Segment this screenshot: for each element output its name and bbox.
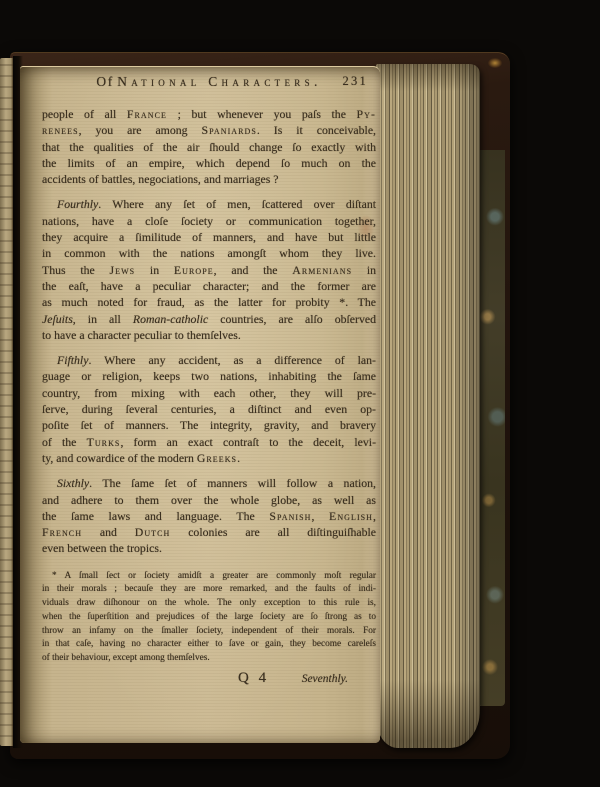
text-line: people of all France ; but whenever you … [42,106,376,122]
text-line: in their morals ; becauſe they are more … [42,583,376,597]
body-paragraph: Sixthly. The ſame ſet of manners will fo… [42,475,376,556]
text-line: guage or religion, keeps two nations, in… [42,368,376,384]
text-line: when the ſuperſtition and prejudices of … [42,611,376,625]
text-line: the ſame laws and language. The Spanish,… [42,508,376,524]
text-line: poſite ſet of manners. The integrity, gr… [42,417,376,433]
leather-corner-glint [488,58,502,68]
body-paragraph: people of all France ; but whenever you … [42,106,376,187]
text-line: in common with the nations amongſt whom … [42,245,376,261]
fore-edge-page-stack [376,64,480,748]
text-column: Of National Characters. 231 people of al… [42,74,376,687]
text-line: of the Turks, form an exact contraſt to … [42,434,376,450]
book-page: Of National Characters. 231 people of al… [20,66,380,743]
text-line: throw an infamy on the ſmaller ſociety, … [42,625,376,639]
text-line: in that caſe, having no character either… [42,638,376,652]
facing-page-edge [0,58,13,746]
page-number: 231 [343,74,369,89]
text-line: and adhere to them over the whole globe,… [42,492,376,508]
running-header: Of National Characters. 231 [42,74,376,94]
text-line: they acquire a ſimilitude of manners, an… [42,229,376,245]
text-line: ty, and cowardice of the modern Greeks. [42,450,376,466]
text-line: of their behaviour, except among themſel… [42,652,376,666]
text-line: to have a character peculiar to themſelv… [42,327,376,343]
body-paragraph: Fifthly. Where any accident, as a differ… [42,352,376,466]
text-line: that the qualities of the air ſhould cha… [42,139,376,155]
text-line: ſerve, during ſeveral centuries, a diſti… [42,401,376,417]
text-line: even between the tropics. [42,540,376,556]
text-line: Jeſuits, in all Roman-catholic countries… [42,311,376,327]
text-line: Fourthly. Where any ſet of men, ſcattere… [42,196,376,212]
text-line: as much noted for fraud, as the latter f… [42,294,376,310]
text-line: country, from mixing with each other, th… [42,385,376,401]
text-line: renees, you are among Spaniards. Is it c… [42,122,376,138]
body-text: people of all France ; but whenever you … [42,106,376,557]
text-line: Thus the Jews in Europe, and the Armenia… [42,262,376,278]
text-line: the limits of an empire, which depend ſo… [42,155,376,171]
text-line: * A ſmall ſect or ſociety amidſt a great… [42,570,376,584]
header-of: Of [96,74,114,89]
signature-row: Q 4 Seventhly. [42,670,376,687]
text-line: the eaſt, have a peculiar character; and… [42,278,376,294]
signature-mark: Q 4 [238,670,269,687]
catchword: Seventhly. [302,673,348,685]
footnote: * A ſmall ſect or ſociety amidſt a great… [42,570,376,666]
text-line: viduals draw diſhonour on the whole. The… [42,597,376,611]
body-paragraph: Fourthly. Where any ſet of men, ſcattere… [42,196,376,343]
marbled-endpaper [479,150,505,706]
text-line: French and Dutch colonies are all diſtin… [42,524,376,540]
text-line: accidents of battles, negociations, and … [42,171,376,187]
header-title: National Characters. [117,74,321,89]
photo-background: Of National Characters. 231 people of al… [0,0,600,787]
text-line: Fifthly. Where any accident, as a differ… [42,352,376,368]
text-line: Sixthly. The ſame ſet of manners will fo… [42,475,376,491]
text-line: nations, have a cloſe ſociety or communi… [42,213,376,229]
